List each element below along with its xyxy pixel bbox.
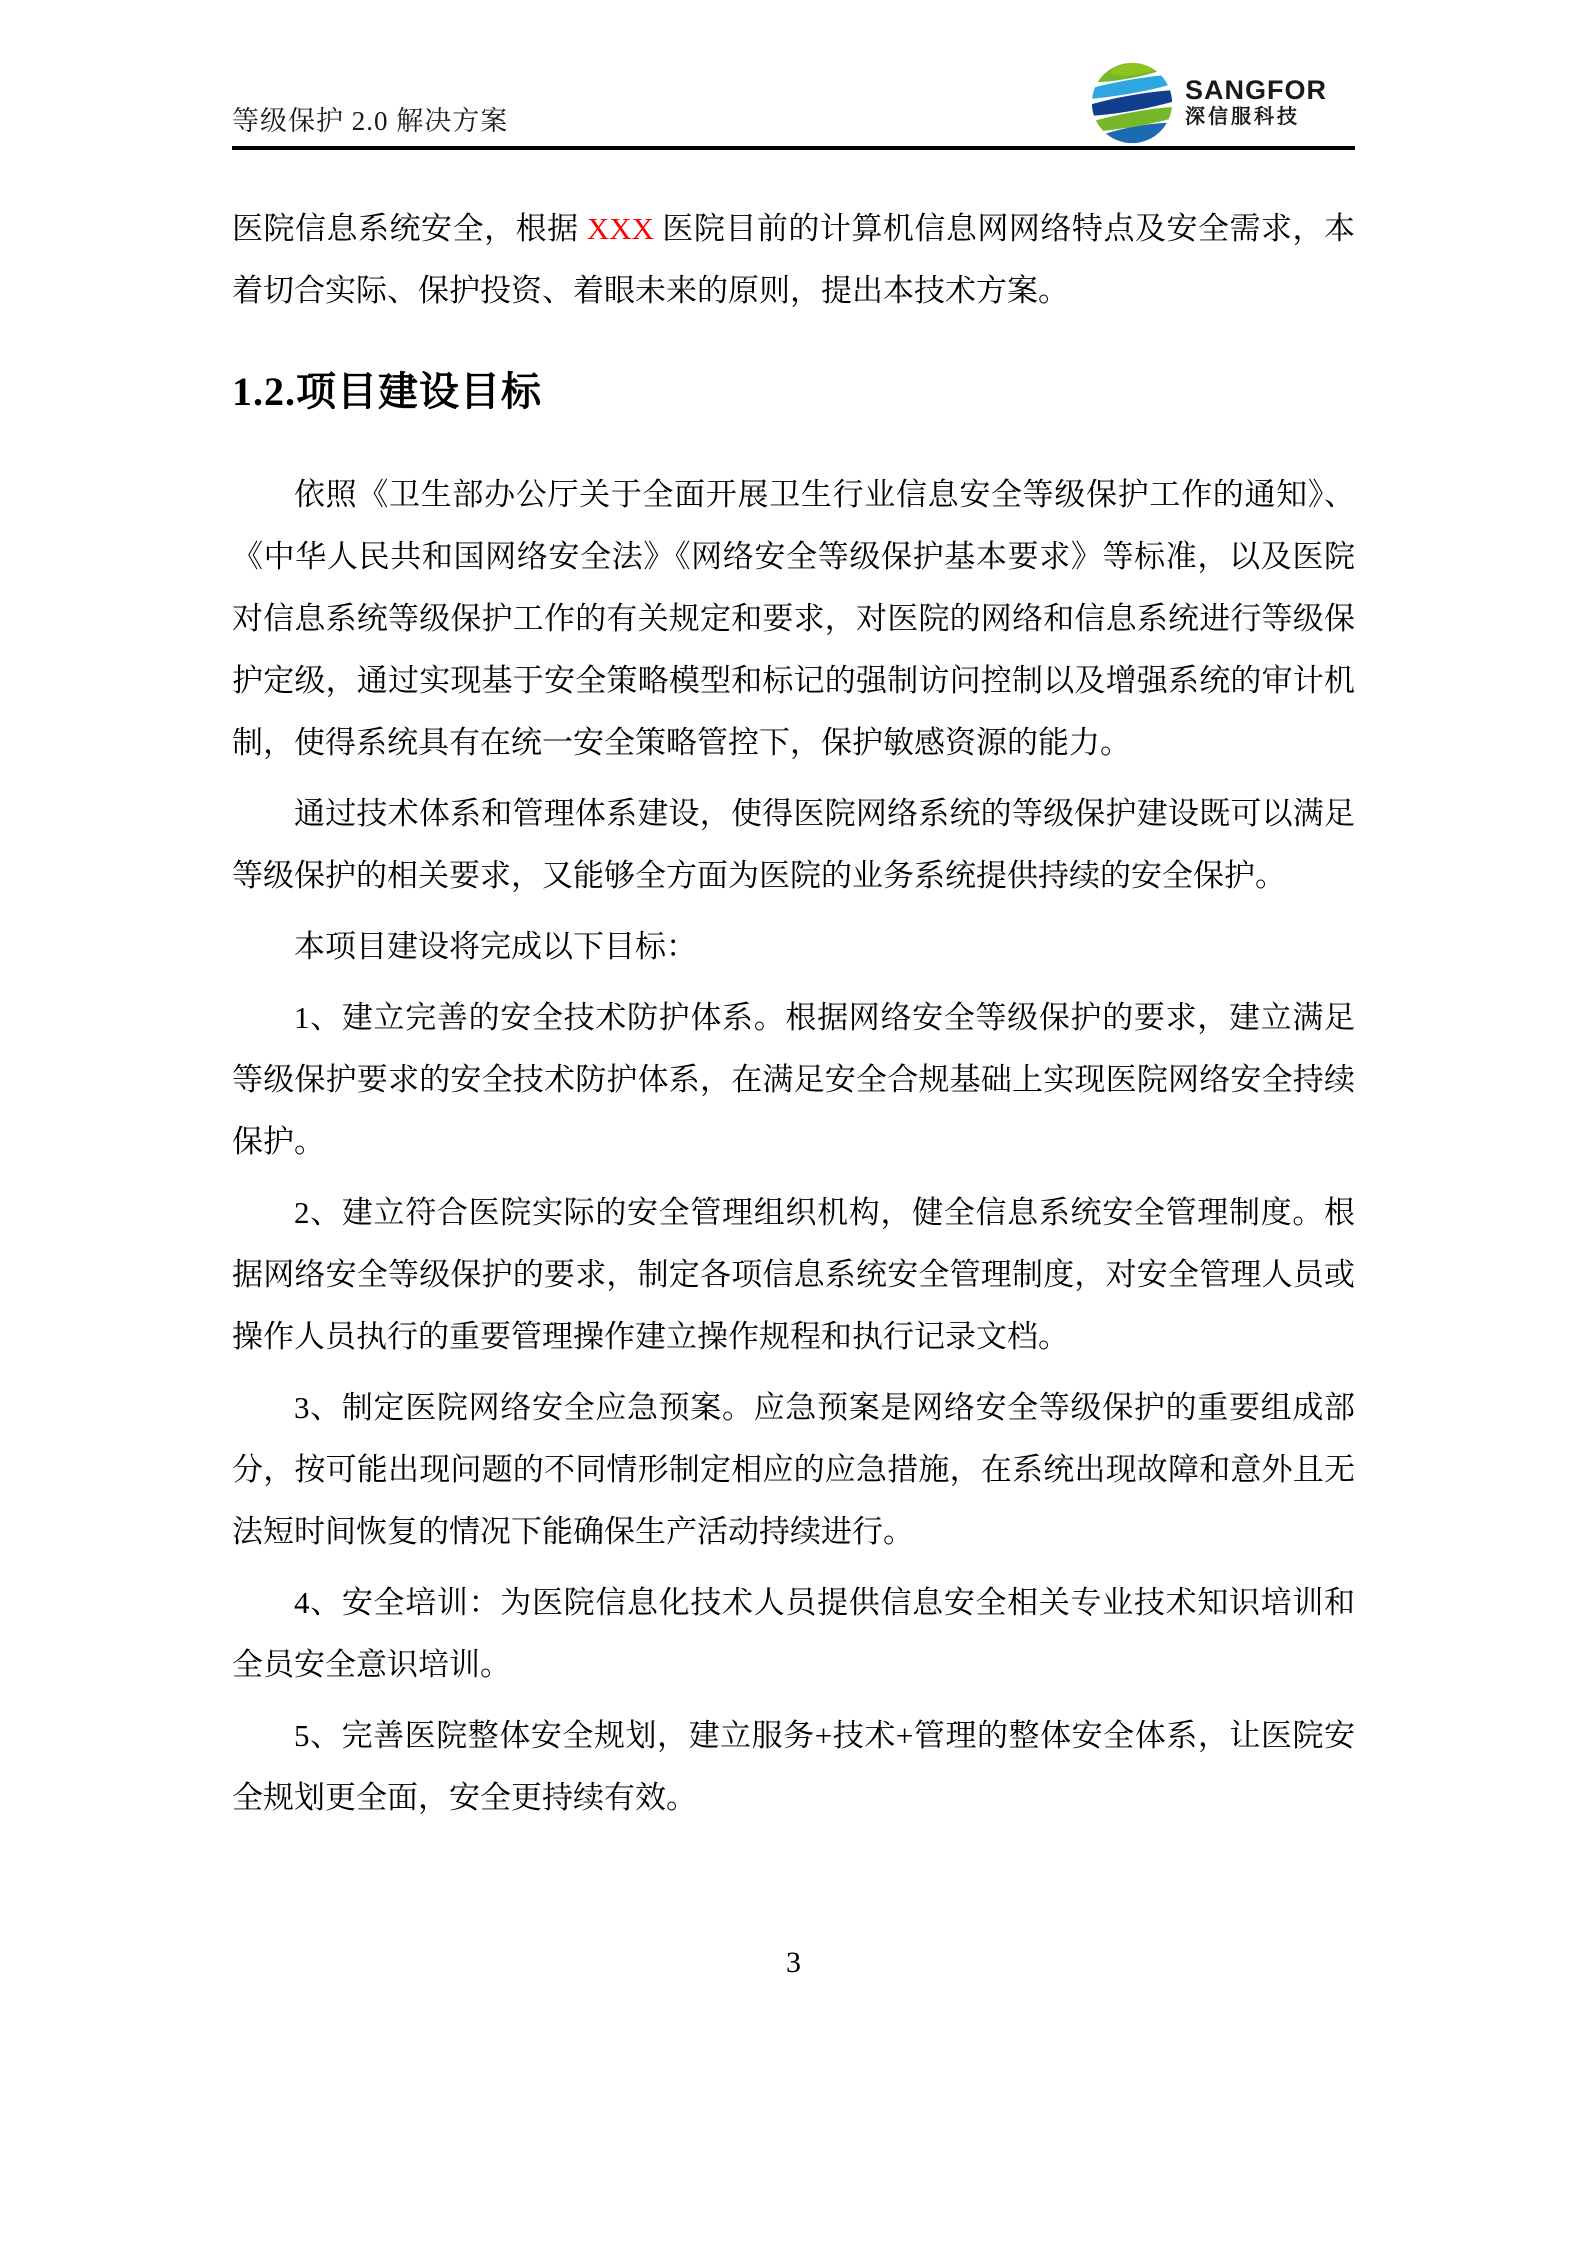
paragraph-goal-3: 3、制定医院网络安全应急预案。应急预案是网络安全等级保护的重要组成部分，按可能出…: [232, 1377, 1355, 1563]
logo-brand-name-cn: 深信服科技: [1185, 104, 1327, 130]
document-body: 医院信息系统安全，根据 XXX 医院目前的计算机信息网网络特点及安全需求，本着切…: [232, 198, 1355, 1829]
paragraph-goal-4: 4、安全培训：为医院信息化技术人员提供信息安全相关专业技术知识培训和全员安全意识…: [232, 1572, 1355, 1696]
intro-text-pre: 医院信息系统安全，根据: [232, 211, 587, 246]
document-page: 等级保护 2.0 解决方案: [0, 0, 1587, 2245]
paragraph-standards: 依照《卫生部办公厅关于全面开展卫生行业信息安全等级保护工作的通知》、《中华人民共…: [232, 464, 1355, 774]
page-number: 3: [786, 1946, 801, 1979]
placeholder-hospital-name: XXX: [587, 211, 654, 246]
sangfor-globe-icon: [1091, 62, 1173, 144]
content-column: 等级保护 2.0 解决方案: [232, 0, 1355, 1829]
logo-text-block: SANGFOR 深信服科技: [1185, 76, 1327, 130]
paragraph-goal-5: 5、完善医院整体安全规划，建立服务+技术+管理的整体安全体系，让医院安全规划更全…: [232, 1705, 1355, 1829]
paragraph-goal-2: 2、建立符合医院实际的安全管理组织机构，健全信息系统安全管理制度。根据网络安全等…: [232, 1182, 1355, 1368]
page-footer: 3: [0, 1946, 1587, 1980]
section-heading-1-2: 1.2.项目建设目标: [232, 366, 1355, 418]
paragraph-systems: 通过技术体系和管理体系建设，使得医院网络系统的等级保护建设既可以满足等级保护的相…: [232, 783, 1355, 907]
paragraph-goals-intro: 本项目建设将完成以下目标：: [232, 916, 1355, 978]
logo-brand-name: SANGFOR: [1185, 76, 1327, 104]
paragraph-goal-1: 1、建立完善的安全技术防护体系。根据网络安全等级保护的要求，建立满足等级保护要求…: [232, 987, 1355, 1173]
page-header: 等级保护 2.0 解决方案: [232, 0, 1355, 150]
header-title: 等级保护 2.0 解决方案: [232, 99, 508, 138]
intro-paragraph: 医院信息系统安全，根据 XXX 医院目前的计算机信息网网络特点及安全需求，本着切…: [232, 198, 1355, 322]
sangfor-logo: SANGFOR 深信服科技: [1091, 62, 1327, 144]
